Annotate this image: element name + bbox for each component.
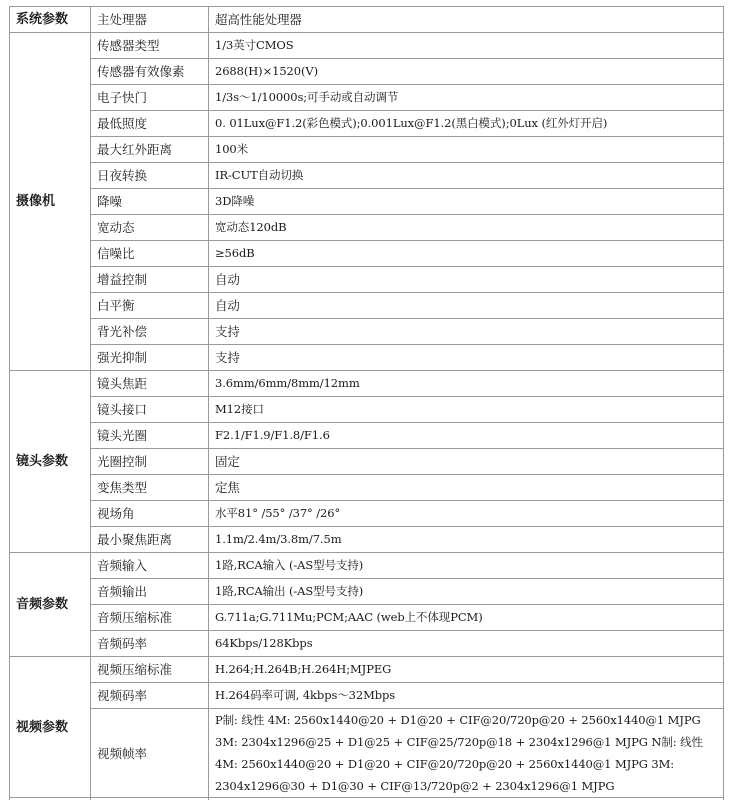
param-name: 视频压缩标准	[91, 657, 209, 683]
param-name: 镜头光圈	[91, 423, 209, 449]
param-name: 视频帧率	[91, 709, 209, 798]
param-name: 日夜转换	[91, 163, 209, 189]
param-name: 视场角	[91, 501, 209, 527]
param-name: 信噪比	[91, 241, 209, 267]
table-row: 日夜转换 IR-CUT自动切换	[10, 163, 724, 189]
category-cell-camera: 摄像机	[10, 33, 91, 371]
table-row: 强光抑制 支持	[10, 345, 724, 371]
table-row: 镜头接口 M12接口	[10, 397, 724, 423]
table-row: 视场角 水平81° /55° /37° /26°	[10, 501, 724, 527]
param-value: H.264码率可调, 4kbps～32Mbps	[209, 683, 724, 709]
spec-table: 系统参数 主处理器 超高性能处理器 摄像机 传感器类型 1/3英寸CMOS 传感…	[9, 6, 724, 800]
param-value: 超高性能处理器	[209, 7, 724, 33]
param-value: H.264;H.264B;H.264H;MJPEG	[209, 657, 724, 683]
table-row: 变焦类型 定焦	[10, 475, 724, 501]
param-value: 1路,RCA输入 (-AS型号支持)	[209, 553, 724, 579]
param-value: 固定	[209, 449, 724, 475]
param-value: P制: 线性 4M: 2560x1440@20 + D1@20 + CIF@20…	[209, 709, 724, 798]
table-row: 信噪比 ≥56dB	[10, 241, 724, 267]
param-value: 3D降噪	[209, 189, 724, 215]
param-name: 白平衡	[91, 293, 209, 319]
table-row: 镜头参数 镜头焦距 3.6mm/6mm/8mm/12mm	[10, 371, 724, 397]
table-row: 最低照度 0. 01Lux@F1.2(彩色模式);0.001Lux@F1.2(黑…	[10, 111, 724, 137]
param-value: 支持	[209, 319, 724, 345]
table-row: 音频参数 音频输入 1路,RCA输入 (-AS型号支持)	[10, 553, 724, 579]
param-value: F2.1/F1.9/F1.8/F1.6	[209, 423, 724, 449]
param-name: 降噪	[91, 189, 209, 215]
category-cell-video: 视频参数	[10, 657, 91, 798]
table-row: 视频码率 H.264码率可调, 4kbps～32Mbps	[10, 683, 724, 709]
table-row: 宽动态 宽动态120dB	[10, 215, 724, 241]
param-name: 镜头接口	[91, 397, 209, 423]
param-value: 支持	[209, 345, 724, 371]
param-value: 自动	[209, 267, 724, 293]
param-value: 水平81° /55° /37° /26°	[209, 501, 724, 527]
category-cell-lens: 镜头参数	[10, 371, 91, 553]
table-row: 传感器有效像素 2688(H)×1520(V)	[10, 59, 724, 85]
param-name: 音频压缩标准	[91, 605, 209, 631]
category-cell: 系统参数	[10, 7, 91, 33]
param-name: 音频码率	[91, 631, 209, 657]
param-name: 增益控制	[91, 267, 209, 293]
param-value: 自动	[209, 293, 724, 319]
param-value: IR-CUT自动切换	[209, 163, 724, 189]
param-value: 0. 01Lux@F1.2(彩色模式);0.001Lux@F1.2(黑白模式);…	[209, 111, 724, 137]
category-cell-audio: 音频参数	[10, 553, 91, 657]
table-row: 增益控制 自动	[10, 267, 724, 293]
param-name: 视频码率	[91, 683, 209, 709]
param-value: 100米	[209, 137, 724, 163]
table-row: 视频帧率 P制: 线性 4M: 2560x1440@20 + D1@20 + C…	[10, 709, 724, 798]
param-value: 1路,RCA输出 (-AS型号支持)	[209, 579, 724, 605]
param-value: 64Kbps/128Kbps	[209, 631, 724, 657]
table-row: 视频参数 视频压缩标准 H.264;H.264B;H.264H;MJPEG	[10, 657, 724, 683]
param-name: 音频输出	[91, 579, 209, 605]
param-name: 传感器类型	[91, 33, 209, 59]
param-name: 最低照度	[91, 111, 209, 137]
table-row: 音频输出 1路,RCA输出 (-AS型号支持)	[10, 579, 724, 605]
param-value: G.711a;G.711Mu;PCM;AAC (web上不体现PCM)	[209, 605, 724, 631]
param-name: 镜头焦距	[91, 371, 209, 397]
param-name: 主处理器	[91, 7, 209, 33]
param-value: 1/3英寸CMOS	[209, 33, 724, 59]
table-row: 最大红外距离 100米	[10, 137, 724, 163]
table-row: 音频压缩标准 G.711a;G.711Mu;PCM;AAC (web上不体现PC…	[10, 605, 724, 631]
param-name: 宽动态	[91, 215, 209, 241]
table-row: 白平衡 自动	[10, 293, 724, 319]
table-row: 背光补偿 支持	[10, 319, 724, 345]
param-value: 2688(H)×1520(V)	[209, 59, 724, 85]
param-value: 定焦	[209, 475, 724, 501]
table-row: 最小聚焦距离 1.1m/2.4m/3.8m/7.5m	[10, 527, 724, 553]
param-name: 电子快门	[91, 85, 209, 111]
param-name: 强光抑制	[91, 345, 209, 371]
param-value: 1/3s～1/10000s;可手动或自动调节	[209, 85, 724, 111]
param-name: 音频输入	[91, 553, 209, 579]
param-name: 背光补偿	[91, 319, 209, 345]
table-row: 电子快门 1/3s～1/10000s;可手动或自动调节	[10, 85, 724, 111]
param-name: 变焦类型	[91, 475, 209, 501]
param-value: 宽动态120dB	[209, 215, 724, 241]
param-name: 光圈控制	[91, 449, 209, 475]
param-value: ≥56dB	[209, 241, 724, 267]
table-row: 音频码率 64Kbps/128Kbps	[10, 631, 724, 657]
param-value: M12接口	[209, 397, 724, 423]
param-name: 最小聚焦距离	[91, 527, 209, 553]
table-row: 摄像机 传感器类型 1/3英寸CMOS	[10, 33, 724, 59]
table-row: 镜头光圈 F2.1/F1.9/F1.8/F1.6	[10, 423, 724, 449]
param-value: 1.1m/2.4m/3.8m/7.5m	[209, 527, 724, 553]
param-name: 最大红外距离	[91, 137, 209, 163]
table-row: 降噪 3D降噪	[10, 189, 724, 215]
table-row: 光圈控制 固定	[10, 449, 724, 475]
param-value: 3.6mm/6mm/8mm/12mm	[209, 371, 724, 397]
table-row-system: 系统参数 主处理器 超高性能处理器	[10, 7, 724, 33]
param-name: 传感器有效像素	[91, 59, 209, 85]
